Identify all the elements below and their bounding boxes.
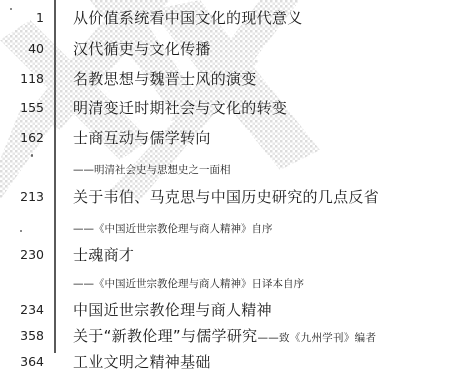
entry-title: 士魂商才 [73,244,134,265]
page-number: 234 [4,302,44,317]
toc-entry[interactable]: 230 士魂商才 [0,243,474,267]
page-number: 162 [4,130,44,145]
entry-subtitle: ——《中国近世宗教伦理与商人精神》自序 [73,221,273,236]
toc-entry[interactable]: 40 汉代循吏与文化传播 [0,37,474,61]
page-number: 40 [4,41,44,56]
entry-title: 士商互动与儒学转向 [73,127,211,148]
page-number: 230 [4,247,44,262]
toc-entry-subtitle: ——《中国近世宗教伦理与商人精神》自序 [0,215,474,239]
toc-entry[interactable]: 234 中国近世宗教伦理与商人精神 [0,298,474,322]
toc-entry[interactable]: 364 工业文明之精神基础 [0,350,474,374]
entry-subtitle: ——明清社会史与思想史之一面相 [73,162,231,177]
entry-title-main: 关于“新教伦理”与儒学研究 [73,327,257,345]
toc-entry[interactable]: 155 明清变迁时期社会与文化的转变 [0,96,474,120]
toc-entry[interactable]: 1 从价值系统看中国文化的现代意义 [0,6,474,30]
page-number: 155 [4,100,44,115]
toc-entry[interactable]: 358 关于“新教伦理”与儒学研究——致《九州学刊》编者 [0,324,474,348]
toc-entry[interactable]: 118 名教思想与魏晋士风的演变 [0,67,474,91]
entry-title: 关于韦伯、马克思与中国历史研究的几点反省 [73,186,379,207]
entry-subtitle: ——《中国近世宗教伦理与商人精神》日译本自序 [73,276,304,291]
entry-title: 从价值系统看中国文化的现代意义 [73,7,303,28]
toc-entry[interactable]: 162 士商互动与儒学转向 [0,126,474,150]
page-number: 364 [4,354,44,369]
page-number: 213 [4,189,44,204]
page-number: 358 [4,328,44,343]
entry-title: 汉代循吏与文化传播 [73,38,211,59]
entry-title: 名教思想与魏晋士风的演变 [73,68,257,89]
toc-entry-subtitle: ——《中国近世宗教伦理与商人精神》日译本自序 [0,270,474,294]
page-number: 118 [4,71,44,86]
entry-title: 工业文明之精神基础 [73,351,211,372]
entry-title: 明清变迁时期社会与文化的转变 [73,97,287,118]
toc-entry[interactable]: 213 关于韦伯、马克思与中国历史研究的几点反省 [0,185,474,209]
entry-title: 关于“新教伦理”与儒学研究——致《九州学刊》编者 [73,325,376,346]
toc-entry-subtitle: ——明清社会史与思想史之一面相 [0,156,474,180]
page-number: 1 [4,10,44,25]
entry-title: 中国近世宗教伦理与商人精神 [73,299,272,320]
entry-title-suffix: ——致《九州学刊》编者 [257,332,376,344]
